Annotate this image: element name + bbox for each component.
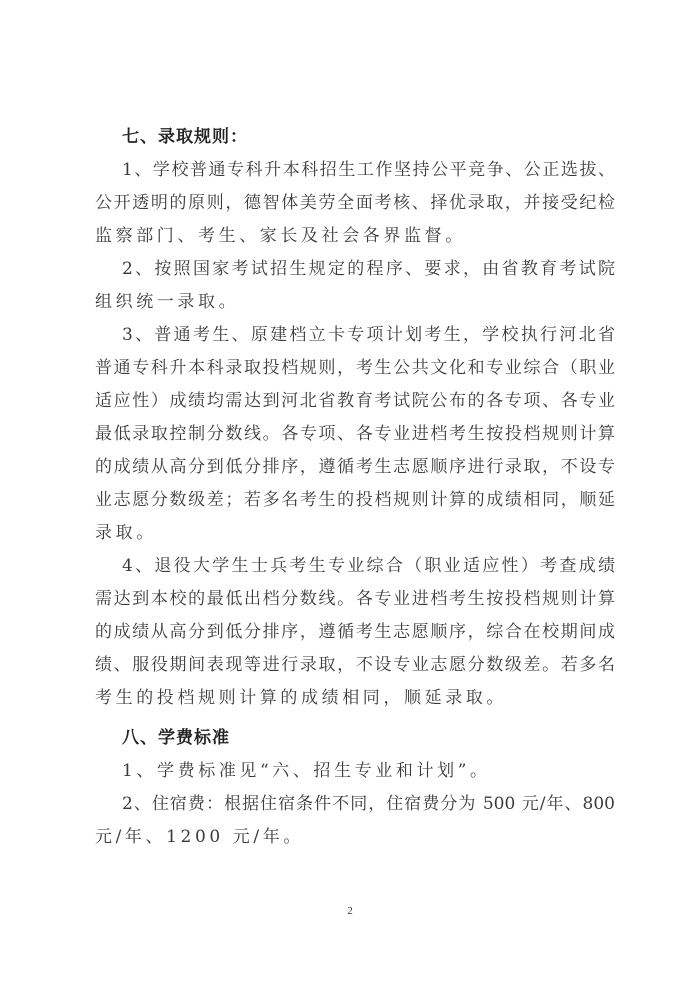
paragraph-line: 的成绩从高分到低分排序，遵循考生志愿顺序进行录取，不设专: [95, 451, 615, 484]
document-page: 七、录取规则： 1、学校普通专科升本科招生工作坚持公平竞争、公正选拔、 公开透明…: [0, 0, 700, 983]
paragraph-line: 组织统一录取。: [95, 286, 615, 319]
paragraph-line: 1、学校普通专科升本科招生工作坚持公平竞争、公正选拔、: [122, 154, 615, 187]
paragraph-line: 普通专科升本科录取投档规则，考生公共文化和专业综合（职业: [95, 352, 615, 385]
paragraph-line: 1、学费标准见“六、招生专业和计划”。: [122, 755, 615, 788]
paragraph-line: 最低录取控制分数线。各专项、各专业进档考生按投档规则计算: [95, 418, 615, 451]
page-number: 2: [340, 905, 360, 917]
section-7-heading: 七、录取规则：: [122, 121, 615, 154]
paragraph-line: 的成绩从高分到低分排序，遵循考生志愿顺序，综合在校期间成: [95, 616, 615, 649]
paragraph-line: 3、普通考生、原建档立卡专项计划考生，学校执行河北省: [122, 319, 615, 352]
section-8-heading: 八、学费标准: [122, 722, 615, 755]
paragraph-line: 4、退役大学生士兵考生专业综合（职业适应性）考查成绩: [122, 550, 615, 583]
paragraph-line: 业志愿分数级差；若多名考生的投档规则计算的成绩相同，顺延: [95, 484, 615, 517]
paragraph-line: 元/年、1200 元/年。: [95, 821, 615, 854]
paragraph-line: 监察部门、考生、家长及社会各界监督。: [95, 220, 615, 253]
paragraph-line: 需达到本校的最低出档分数线。各专业进档考生按投档规则计算: [95, 583, 615, 616]
paragraph-line: 适应性）成绩均需达到河北省教育考试院公布的各专项、各专业: [95, 385, 615, 418]
paragraph-line: 录取。: [95, 517, 615, 550]
paragraph-line: 绩、服役期间表现等进行录取，不设专业志愿分数级差。若多名: [95, 649, 615, 682]
paragraph-line: 2、住宿费：根据住宿条件不同，住宿费分为 500 元/年、800: [122, 788, 615, 821]
paragraph-line: 公开透明的原则，德智体美劳全面考核、择优录取，并接受纪检: [95, 187, 615, 220]
paragraph-line: 2、按照国家考试招生规定的程序、要求，由省教育考试院: [122, 253, 615, 286]
paragraph-line: 考生的投档规则计算的成绩相同，顺延录取。: [95, 682, 615, 715]
